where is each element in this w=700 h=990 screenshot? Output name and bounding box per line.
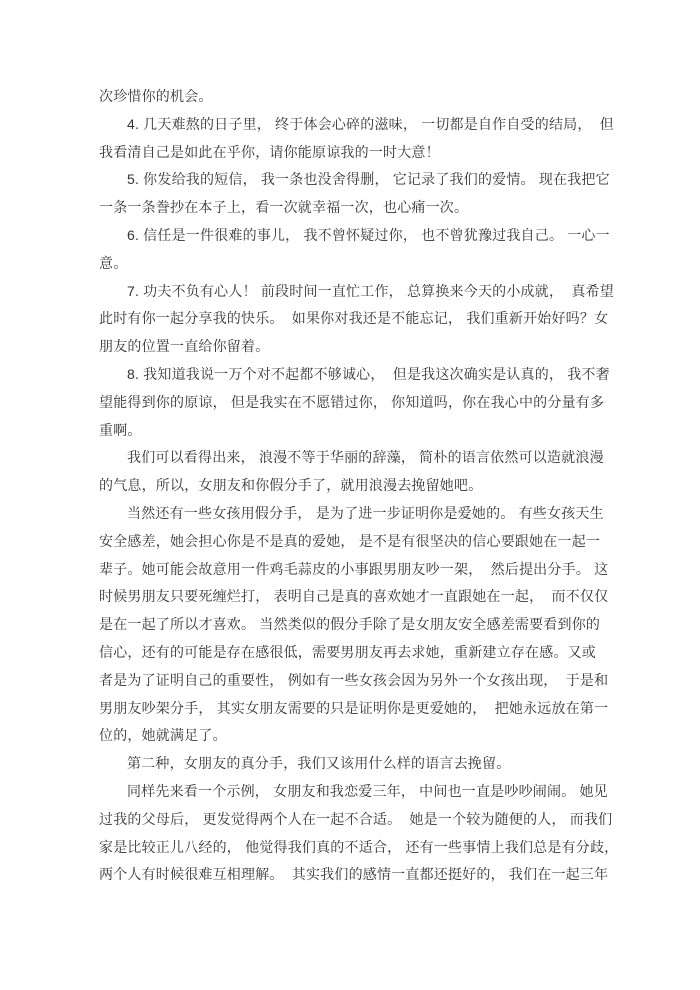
text-line: 6. 信任是一件很难的事儿， 我不曾怀疑过你， 也不曾犹豫过我自己。 一心一 (99, 222, 599, 250)
text-line: 两个人有时候很难互相理解。 其实我们的感情一直都还挺好的， 我们在一起三年 (99, 861, 599, 889)
text-line: 意。 (99, 250, 599, 278)
text-line: 当然还有一些女孩用假分手， 是为了进一步证明你是爱她的。 有些女孩天生 (99, 500, 599, 528)
text-line: 次珍惜你的机会。 (99, 83, 599, 111)
text-line: 8. 我知道我说一万个对不起都不够诚心， 但是我这次确实是认真的， 我不奢 (99, 361, 599, 389)
text-line: 信心，还有的可能是存在感很低，需要男朋友再去求她，重新建立存在感。又或 (99, 639, 599, 667)
paragraph: 次珍惜你的机会。 (99, 83, 599, 111)
text-line: 过我的父母后， 更发觉得两个人在一起不合适。 她是一个较为随便的人， 而我们 (99, 806, 599, 834)
text-line: 位的，她就满足了。 (99, 722, 599, 750)
paragraph: 5. 你发给我的短信， 我一条也没舍得删， 它记录了我们的爱情。 现在我把它一条… (99, 166, 599, 222)
text-line: 我们可以看得出来， 浪漫不等于华丽的辞藻， 简朴的语言依然可以造就浪漫 (99, 444, 599, 472)
text-line: 朋友的位置一直给你留着。 (99, 333, 599, 361)
text-line: 7. 功夫不负有心人！ 前段时间一直忙工作， 总算换来今天的小成就， 真希望 (99, 278, 599, 306)
text-line: 第二种，女朋友的真分手，我们又该用什么样的语言去挽留。 (99, 750, 599, 778)
paragraph: 6. 信任是一件很难的事儿， 我不曾怀疑过你， 也不曾犹豫过我自己。 一心一意。 (99, 222, 599, 278)
paragraph: 同样先来看一个示例， 女朋友和我恋爱三年， 中间也一直是吵吵闹闹。 她见过我的父… (99, 778, 599, 889)
text-line: 男朋友吵架分手， 其实女朋友需要的只是证明你是更爱她的， 把她永远放在第一 (99, 695, 599, 723)
text-line: 重啊。 (99, 417, 599, 445)
text-line: 安全感差，她会担心你是不是真的爱她， 是不是有很坚决的信心要跟她在一起一 (99, 528, 599, 556)
text-line: 4. 几天难熬的日子里， 终于体会心碎的滋味， 一切都是自作自受的结局， 但 (99, 111, 599, 139)
text-line: 我看清自己是如此在乎你，请你能原谅我的一时大意！ (99, 139, 599, 167)
paragraph: 7. 功夫不负有心人！ 前段时间一直忙工作， 总算换来今天的小成就， 真希望此时… (99, 278, 599, 361)
paragraph: 8. 我知道我说一万个对不起都不够诚心， 但是我这次确实是认真的， 我不奢望能得… (99, 361, 599, 444)
paragraph: 我们可以看得出来， 浪漫不等于华丽的辞藻， 简朴的语言依然可以造就浪漫的气息，所… (99, 444, 599, 500)
paragraph: 当然还有一些女孩用假分手， 是为了进一步证明你是爱她的。 有些女孩天生安全感差，… (99, 500, 599, 750)
text-line: 辈子。她可能会故意用一件鸡毛蒜皮的小事跟男朋友吵一架， 然后提出分手。 这 (99, 556, 599, 584)
text-line: 时候男朋友只要死缠烂打， 表明自己是真的喜欢她才一直跟她在一起， 而不仅仅 (99, 583, 599, 611)
document-page: 次珍惜你的机会。4. 几天难熬的日子里， 终于体会心碎的滋味， 一切都是自作自受… (0, 0, 700, 990)
text-line: 家是比较正儿八经的， 他觉得我们真的不适合， 还有一些事情上我们总是有分歧， (99, 834, 599, 862)
text-line: 同样先来看一个示例， 女朋友和我恋爱三年， 中间也一直是吵吵闹闹。 她见 (99, 778, 599, 806)
text-line: 者是为了证明自己的重要性， 例如有一些女孩会因为另外一个女孩出现， 于是和 (99, 667, 599, 695)
text-line: 是在一起了所以才喜欢。 当然类似的假分手除了是女朋友安全感差需要看到你的 (99, 611, 599, 639)
text-line: 的气息，所以，女朋友和你假分手了，就用浪漫去挽留她吧。 (99, 472, 599, 500)
text-line: 望能得到你的原谅， 但是我实在不愿错过你， 你知道吗，你在我心中的分量有多 (99, 389, 599, 417)
paragraph: 第二种，女朋友的真分手，我们又该用什么样的语言去挽留。 (99, 750, 599, 778)
text-line: 5. 你发给我的短信， 我一条也没舍得删， 它记录了我们的爱情。 现在我把它 (99, 166, 599, 194)
text-line: 此时有你一起分享我的快乐。 如果你对我还是不能忘记， 我们重新开始好吗？女 (99, 305, 599, 333)
paragraph: 4. 几天难熬的日子里， 终于体会心碎的滋味， 一切都是自作自受的结局， 但我看… (99, 111, 599, 167)
document-body: 次珍惜你的机会。4. 几天难熬的日子里， 终于体会心碎的滋味， 一切都是自作自受… (99, 83, 599, 889)
text-line: 一条一条誊抄在本子上，看一次就幸福一次，也心痛一次。 (99, 194, 599, 222)
